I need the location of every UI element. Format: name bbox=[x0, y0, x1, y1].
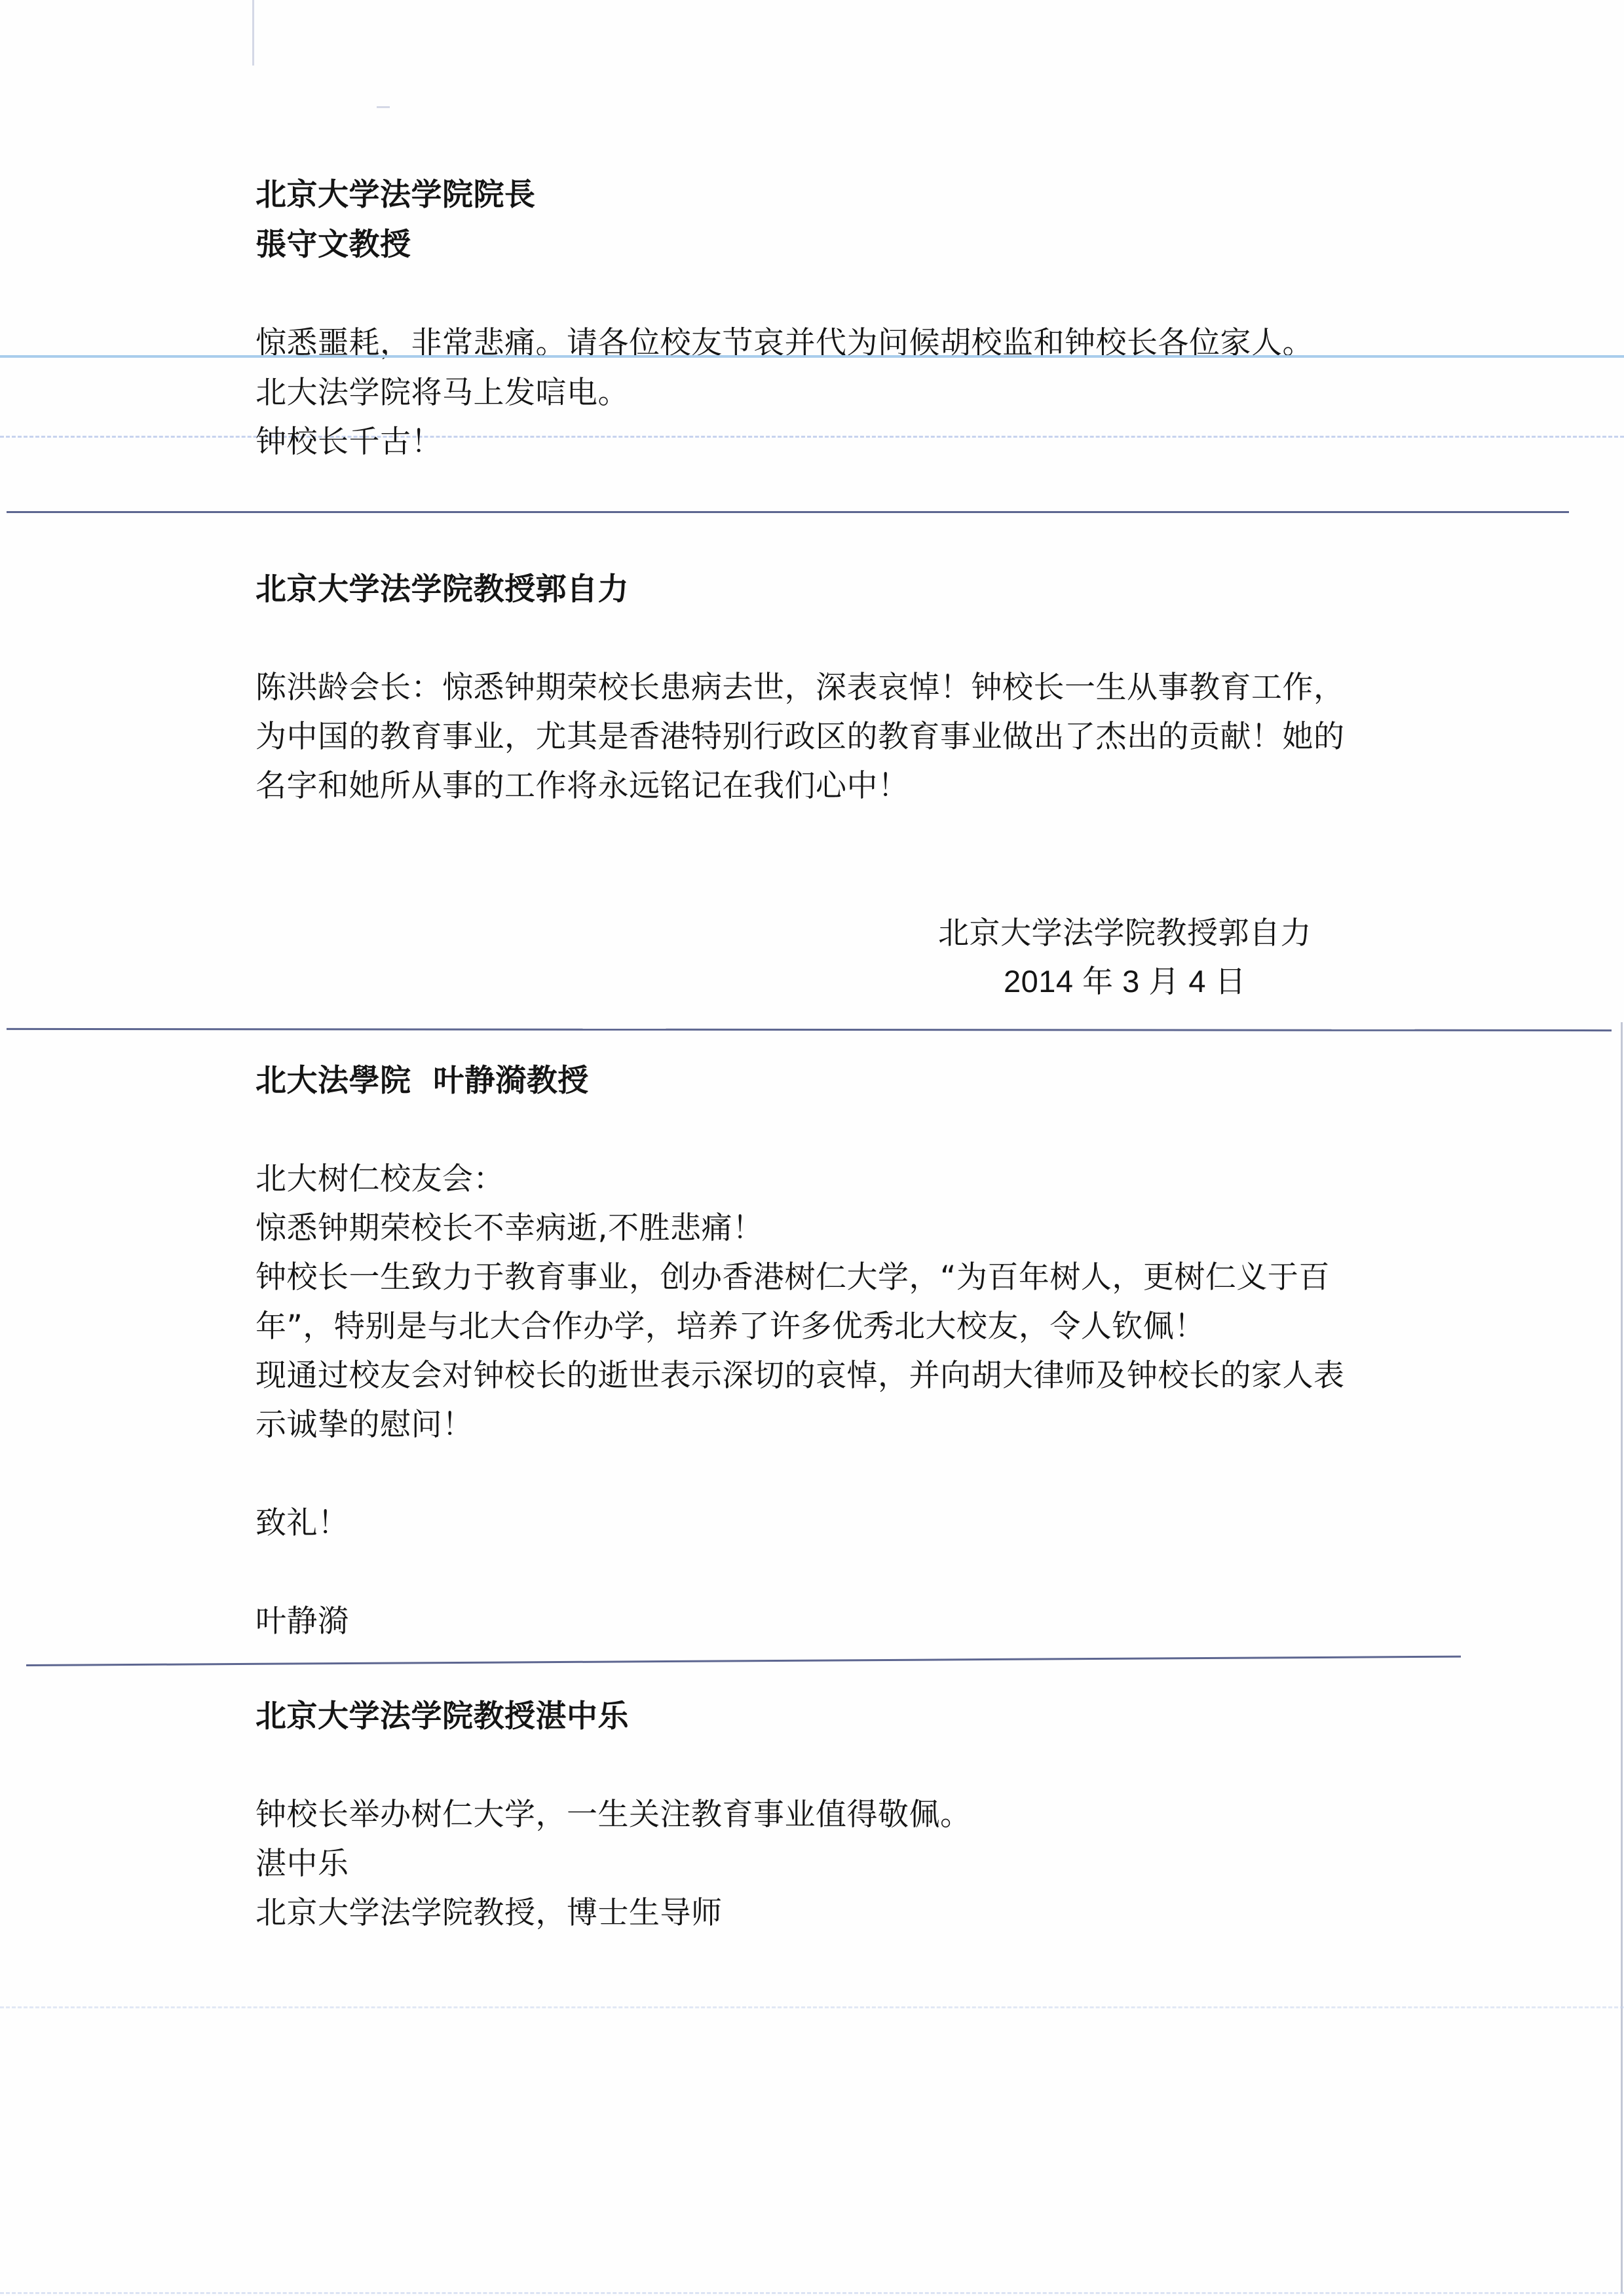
rule-light-blue bbox=[0, 355, 1624, 358]
section-3-body-line-4: 年”，特别是与北大合作办学，培养了许多优秀北大校友，令人钦佩！ bbox=[255, 1307, 1205, 1347]
rule-dashed-blue bbox=[0, 436, 1624, 438]
scan-artifact-bottom-edge bbox=[0, 2292, 1624, 2294]
section-4-body-line-2: 湛中乐 bbox=[255, 1845, 349, 1884]
section-3-body-line-2: 惊悉钟期荣校长不幸病逝,不胜悲痛！ bbox=[255, 1209, 763, 1248]
section-2-body-line-2: 为中国的教育事业，尤其是香港特别行政区的教育事业做出了杰出的贡献！她的 bbox=[255, 717, 1345, 757]
section-1-body-line-2: 北大法学院将马上发唁电。 bbox=[255, 373, 629, 413]
section-2-heading: 北京大学法学院教授郭自力 bbox=[255, 570, 629, 609]
section-4-heading: 北京大学法学院教授湛中乐 bbox=[255, 1697, 629, 1736]
section-1-heading-line-2: 張守文教授 bbox=[255, 225, 411, 265]
section-1-heading-line-1: 北京大学法学院院長 bbox=[255, 176, 536, 215]
section-3-body-line-3: 钟校长一生致力于教育事业，创办香港树仁大学，“为百年树人，更树仁义于百 bbox=[255, 1258, 1330, 1297]
scan-artifact-right-edge bbox=[1621, 1022, 1623, 2293]
section-2-body-line-1: 陈洪龄会长：惊悉钟期荣校长患病去世，深表哀悼！钟校长一生从事教育工作， bbox=[255, 668, 1345, 708]
section-2-signature-name: 北京大学法学院教授郭自力 bbox=[938, 914, 1312, 953]
section-2-signature-date: 2014 年 3 月 4 日 bbox=[1004, 962, 1246, 1001]
section-3-body-line-1: 北大树仁校友会： bbox=[255, 1160, 504, 1199]
section-divider-3 bbox=[26, 1656, 1461, 1666]
section-1-body-line-3: 钟校长千古！ bbox=[255, 423, 442, 462]
scan-artifact-dash bbox=[377, 106, 390, 108]
scan-artifact-faint-line bbox=[0, 2006, 1624, 2008]
section-4-body-line-1: 钟校长举办树仁大学，一生关注教育事业值得敬佩。 bbox=[255, 1795, 972, 1835]
section-3-signature-name: 叶静漪 bbox=[255, 1602, 349, 1641]
section-3-body-line-6: 示诚挚的慰问！ bbox=[255, 1406, 474, 1445]
section-2-body-line-3: 名字和她所从事的工作将永远铭记在我们心中！ bbox=[255, 767, 909, 806]
scanned-letter-page: 北京大学法学院院長 張守文教授 惊悉噩耗，非常悲痛。请各位校友节哀并代为问候胡校… bbox=[0, 0, 1624, 2296]
section-divider-2 bbox=[7, 1028, 1612, 1031]
section-divider-1 bbox=[7, 511, 1569, 513]
scan-artifact-vertical-mark bbox=[252, 0, 254, 66]
section-3-closing: 致礼！ bbox=[255, 1504, 349, 1543]
section-3-heading: 北大法學院 叶静漪教授 bbox=[255, 1062, 589, 1101]
section-3-body-line-5: 现通过校友会对钟校长的逝世表示深切的哀悼，并向胡大律师及钟校长的家人表 bbox=[255, 1356, 1345, 1396]
section-4-body-line-3: 北京大学法学院教授，博士生导师 bbox=[255, 1894, 723, 1933]
